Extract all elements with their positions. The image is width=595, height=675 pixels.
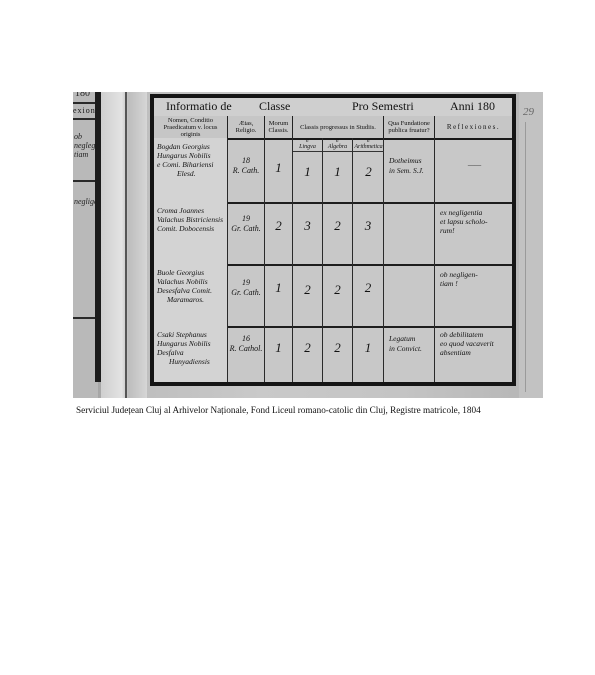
progress-cell: 1: [293, 152, 323, 202]
progress-cell: 2: [323, 264, 353, 326]
header-progressus: Classis progressus in Studiis.: [293, 116, 384, 138]
name-line: Hungarus Nobilis: [157, 339, 224, 348]
age-religion-cell: 18 R. Cath.: [228, 138, 265, 202]
book-fold: [125, 92, 127, 398]
name-cell: Buole Georgius Valachus Nobilis Desesfal…: [154, 264, 228, 326]
name-line: e Comi. Bihariensi: [157, 160, 224, 169]
progress-cell: 3: [293, 202, 323, 264]
title-informatio: Informatio de: [166, 99, 232, 114]
age-religion-cell: 19 Gr. Cath.: [228, 264, 265, 326]
column-header-row: Nomen, Conditio Praedicatum v. locus ori…: [154, 116, 512, 140]
religion-value: Gr. Cath.: [228, 224, 264, 234]
fundatio-cell: [384, 264, 435, 326]
fundatio-line: Legatum: [389, 334, 431, 344]
name-cell: Croma Joannes Valachus Bistriciensis Com…: [154, 202, 228, 264]
figure-caption: Serviciul Județean Cluj al Arhivelor Naț…: [76, 405, 481, 415]
name-line: Valachus Bistriciensis: [157, 215, 224, 224]
name-line: Buole Georgius: [157, 268, 224, 277]
subheader-lingva: eLingva: [293, 138, 323, 152]
name-line: Bogdan Georgius: [157, 142, 224, 151]
reflexiones-line: ex negligentia: [440, 208, 509, 217]
reflexiones-cell: ——: [435, 138, 512, 202]
progress-cell: 2: [323, 202, 353, 264]
name-line: Comit. Dobocensis: [157, 224, 224, 233]
title-classe: Classe: [259, 99, 290, 114]
fundatio-cell: Legatum in Convict.: [384, 326, 435, 382]
name-line: Croma Joannes: [157, 206, 224, 215]
name-line: Maramaros.: [157, 295, 224, 304]
fundatio-line: in Convict.: [389, 344, 431, 354]
header-morum: Morum Classis.: [265, 116, 293, 138]
header-aetas: Ætas, Religio.: [228, 116, 265, 138]
progress-group: eLingva eAlgebra eArithmetica 1 1 2: [293, 138, 384, 202]
religion-value: R. Cathol.: [228, 344, 264, 354]
progress-cell: 1: [353, 326, 384, 382]
name-line: Csaki Stephanus: [157, 330, 224, 339]
header-nomen: Nomen, Conditio Praedicatum v. locus ori…: [154, 116, 228, 138]
header-fundatio: Qua Fundatione publica fruatur?: [384, 116, 435, 138]
reflexiones-cell: ob debilitatem eo quod vacaverit absenti…: [435, 326, 512, 382]
age-religion-cell: 19 Gr. Cath.: [228, 202, 265, 264]
age-value: 19: [228, 278, 264, 288]
register-table: Informatio de Classe Pro Semestri Anni 1…: [150, 94, 516, 386]
progress-cell: 2: [293, 264, 323, 326]
right-page-margin: 29: [519, 92, 543, 398]
register-photograph: 180 exiones. ob neglegen-tiam negligenti…: [73, 92, 543, 398]
religion-value: Gr. Cath.: [228, 288, 264, 298]
margin-rule: [525, 122, 526, 392]
name-cell: Bogdan Georgius Hungarus Nobilis e Comi.…: [154, 138, 228, 202]
morum-cell: 1: [265, 138, 293, 202]
table-row: Csaki Stephanus Hungarus Nobilis Desfalv…: [154, 326, 512, 382]
table-row: Buole Georgius Valachus Nobilis Desesfal…: [154, 264, 512, 328]
religion-value: R. Cath.: [228, 166, 264, 176]
table-row: Croma Joannes Valachus Bistriciensis Com…: [154, 202, 512, 266]
morum-cell: 1: [265, 264, 293, 326]
reflexiones-cell: ob negligen- tiam !: [435, 264, 512, 326]
register-title-bar: Informatio de Classe Pro Semestri Anni 1…: [154, 98, 512, 118]
reflexiones-line: tiam !: [440, 279, 509, 288]
title-anni: Anni 180: [450, 99, 495, 114]
fundatio-cell: [384, 202, 435, 264]
name-line: Hungarus Nobilis: [157, 151, 224, 160]
reflexiones-line: ob negligen-: [440, 270, 509, 279]
header-reflexiones: Reflexiones.: [435, 116, 512, 138]
morum-cell: 1: [265, 326, 293, 382]
name-line: Desfalva: [157, 348, 224, 357]
progress-cell: 2: [353, 152, 384, 202]
fundatio-line: in Sem. S.J.: [389, 166, 431, 176]
age-value: 16: [228, 334, 264, 344]
reflexiones-line: rum!: [440, 226, 509, 235]
progress-cell: 2: [323, 326, 353, 382]
age-religion-cell: 16 R. Cathol.: [228, 326, 265, 382]
age-value: 19: [228, 214, 264, 224]
name-line: Elesd.: [157, 169, 224, 178]
name-line: Desesfalva Comit.: [157, 286, 224, 295]
fundatio-line: Dotheimus: [389, 156, 431, 166]
progress-cell: 1: [323, 152, 353, 202]
progress-cell: 2: [353, 264, 384, 326]
name-line: Valachus Nobilis: [157, 277, 224, 286]
name-cell: Csaki Stephanus Hungarus Nobilis Desfalv…: [154, 326, 228, 382]
book-gutter: [101, 92, 147, 398]
reflexiones-line: et lapsu scholo-: [440, 217, 509, 226]
page-number: 29: [523, 106, 534, 118]
subheader-arithmetica: eArithmetica: [353, 138, 384, 152]
reflexiones-cell: ex negligentia et lapsu scholo- rum!: [435, 202, 512, 264]
title-semester: Pro Semestri: [352, 99, 414, 114]
progress-cell: 3: [353, 202, 384, 264]
left-page-number-fragment: 180: [75, 92, 90, 99]
age-value: 18: [228, 156, 264, 166]
progress-cell: 2: [293, 326, 323, 382]
reflexiones-line: eo quod vacaverit: [440, 339, 509, 348]
name-line: Hunyadiensis: [157, 357, 224, 366]
reflexiones-line: absentiam: [440, 348, 509, 357]
table-row: Bogdan Georgius Hungarus Nobilis e Comi.…: [154, 138, 512, 204]
subheader-algebra: eAlgebra: [323, 138, 353, 152]
fundatio-cell: Dotheimus in Sem. S.J.: [384, 138, 435, 202]
morum-cell: 2: [265, 202, 293, 264]
reflexiones-line: ob debilitatem: [440, 330, 509, 339]
